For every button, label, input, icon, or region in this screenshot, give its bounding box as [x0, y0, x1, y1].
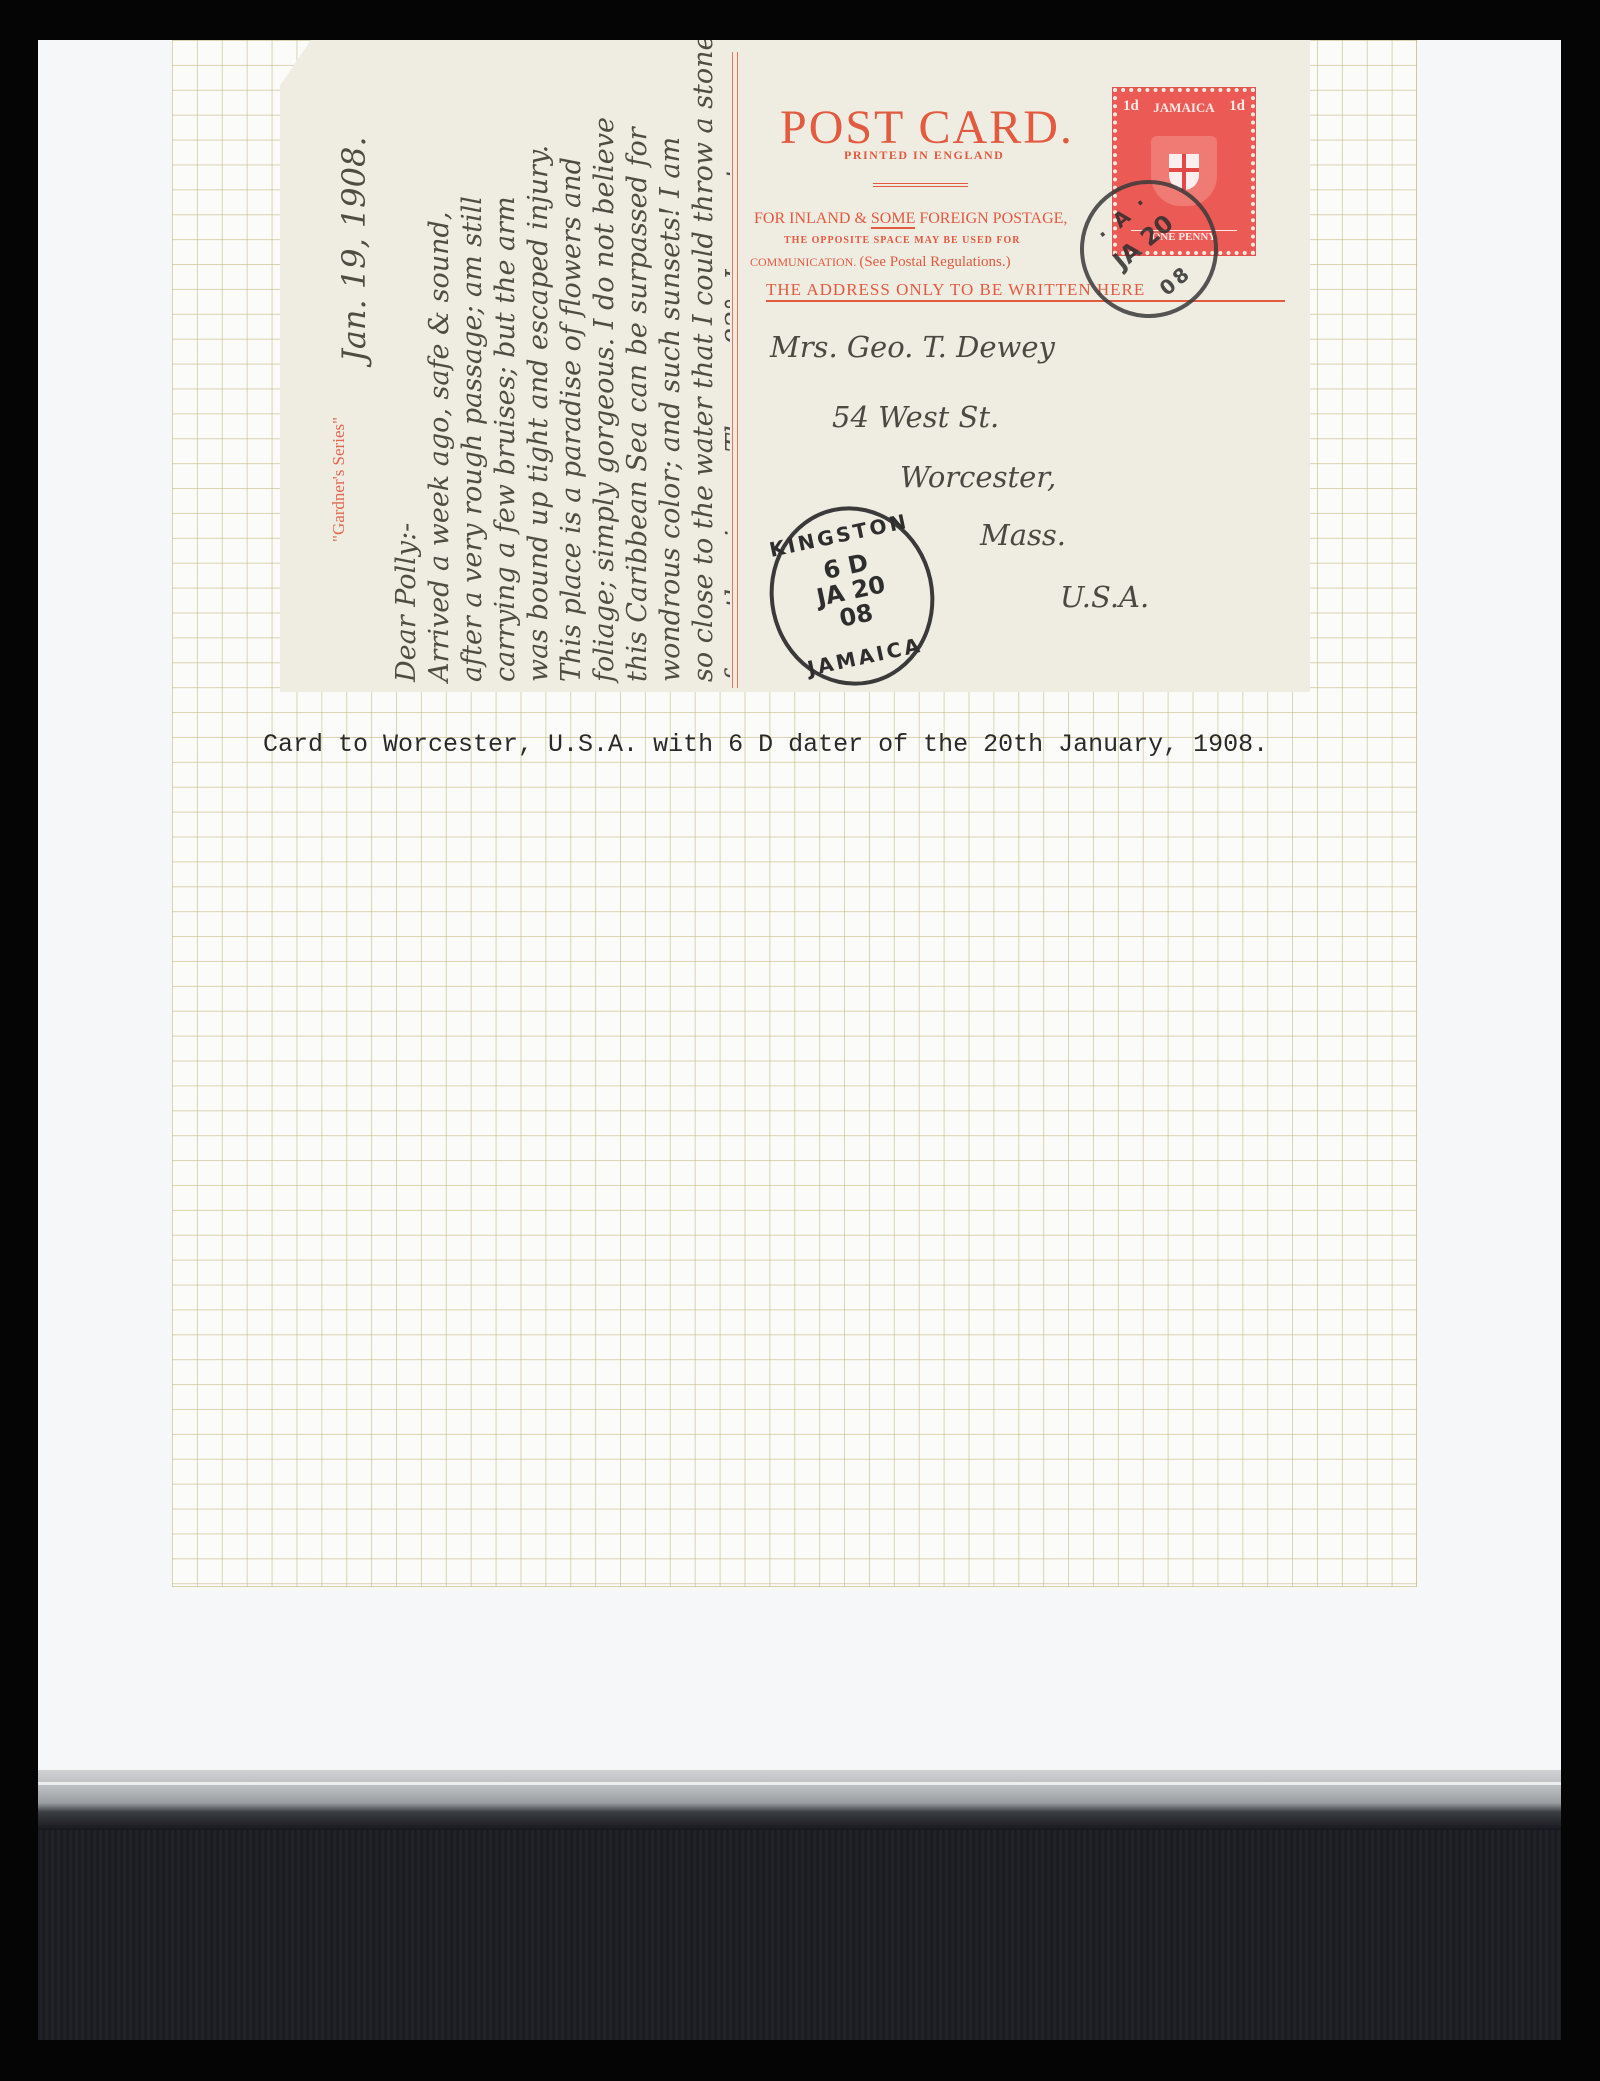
title-rule: [873, 183, 968, 187]
postage-notice: FOR INLAND & SOME FOREIGN POSTAGE,: [754, 210, 1067, 228]
message-line: wondrous color; and such sunsets! I am: [654, 40, 687, 682]
printed-in-label: PRINTED IN ENGLAND: [844, 148, 1004, 163]
handwritten-message: "Gardner's Series" Jan. 19, 1908. Dear P…: [290, 40, 730, 692]
kingston-postmark: KINGSTON 6 D JA 20 08 JAMAICA: [753, 491, 951, 701]
communication-label: COMMUNICATION.: [750, 255, 856, 269]
stamp-denomination-right: 1d: [1229, 98, 1245, 115]
message-line: from the piazza. Therm. 82°. I came to: [720, 40, 730, 682]
postage-notice-some: SOME: [871, 210, 915, 229]
stamp-country: JAMAICA: [1145, 100, 1223, 116]
postage-notice-suffix: FOREIGN POSTAGE,: [915, 210, 1067, 227]
message-line: after a very rough passage; am still: [456, 40, 489, 682]
message-date: Jan. 19, 1908.: [338, 136, 371, 362]
album-sleeve-edge: [38, 1770, 1561, 1830]
message-lines: Dear Polly:- Arrived a week ago, safe & …: [390, 40, 730, 682]
message-line: Arrived a week ago, safe & sound,: [423, 40, 456, 682]
communication-notice: COMMUNICATION. (See Postal Regulations.): [750, 254, 1011, 271]
message-line: Dear Polly:-: [390, 40, 423, 682]
card-divider: [732, 52, 738, 688]
postcard: "Gardner's Series" Jan. 19, 1908. Dear P…: [280, 40, 1310, 692]
message-line: was bound up tight and escaped injury.: [522, 40, 555, 682]
message-line: foliage; simply gorgeous. I do not belie…: [588, 40, 621, 682]
address-line: 54 West St.: [832, 400, 999, 434]
dark-background: [38, 1830, 1561, 2040]
message-line: carrying a few bruises; but the arm: [489, 40, 522, 682]
stamp-denomination-left: 1d: [1123, 98, 1139, 115]
opposite-space-notice: THE OPPOSITE SPACE MAY BE USED FOR: [784, 235, 1020, 246]
message-line: This place is a paradise of flowers and: [555, 40, 588, 682]
series-label: "Gardner's Series": [322, 417, 355, 542]
postage-notice-prefix: FOR INLAND &: [754, 210, 871, 227]
message-side: "Gardner's Series" Jan. 19, 1908. Dear P…: [290, 40, 730, 692]
address-line: Worcester,: [900, 460, 1056, 494]
album-caption: Card to Worcester, U.S.A. with 6 D dater…: [263, 730, 1268, 759]
message-line: so close to the water that I could throw…: [687, 40, 720, 682]
address-line: U.S.A.: [1060, 580, 1149, 614]
address-line: Mass.: [980, 518, 1066, 552]
postal-regulations-note: (See Postal Regulations.): [859, 254, 1010, 270]
message-line: this Caribbean Sea can be surpassed for: [621, 40, 654, 682]
address-side: POST CARD. PRINTED IN ENGLAND FOR INLAND…: [740, 40, 1310, 692]
address-line: Mrs. Geo. T. Dewey: [770, 330, 1055, 364]
postcard-title: POST CARD.: [780, 100, 1074, 155]
